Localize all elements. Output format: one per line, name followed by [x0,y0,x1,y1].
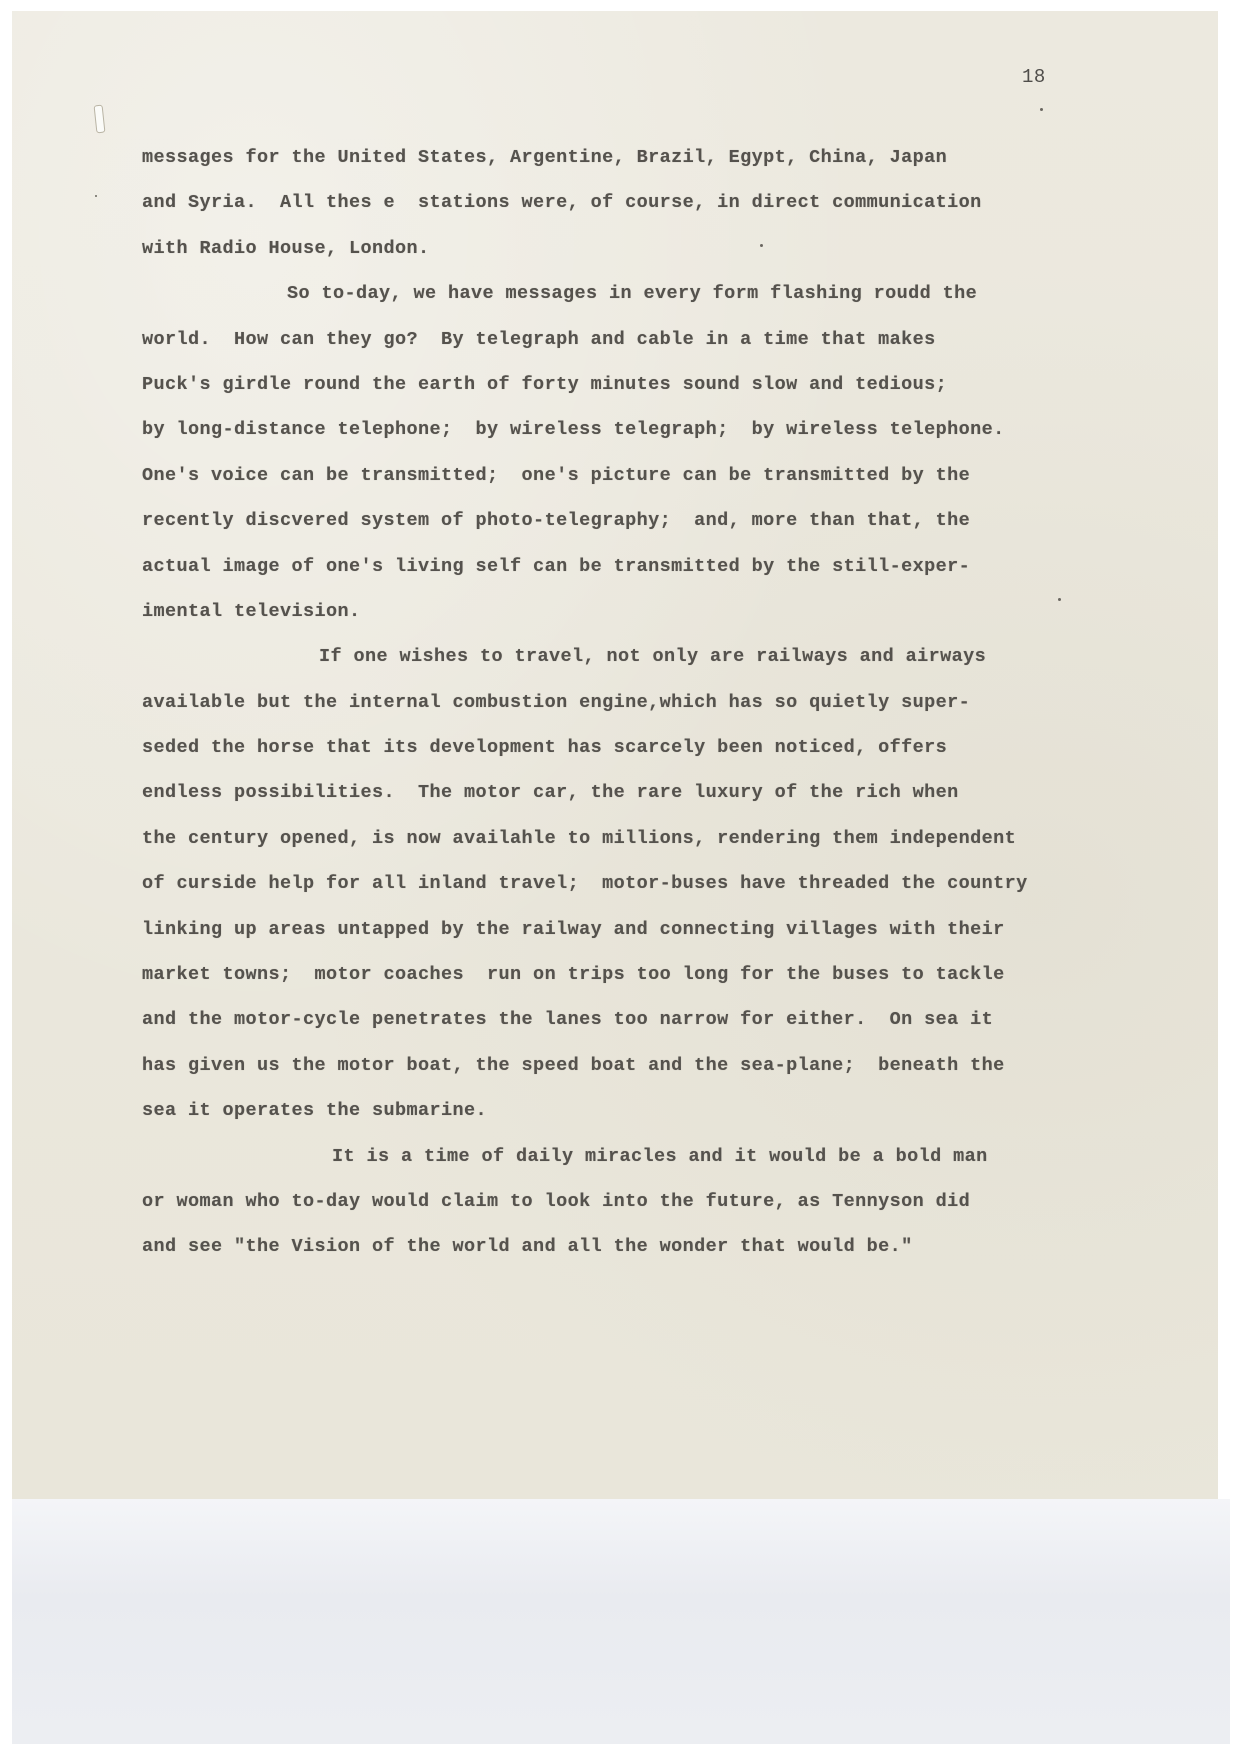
ink-speck [1040,108,1043,111]
text-line: and Syria. All thes e stations were, of … [142,180,1222,225]
text-line: has given us the motor boat, the speed b… [142,1043,1222,1088]
text-line: One's voice can be transmitted; one's pi… [142,453,1222,498]
document-body: messages for the United States, Argentin… [142,135,1222,1270]
text-line: world. How can they go? By telegraph and… [142,317,1222,362]
scanner-background [12,1499,1230,1744]
paragraph-4: It is a time of daily miracles and it wo… [142,1134,1222,1270]
text-line: market towns; motor coaches run on trips… [142,952,1222,997]
paragraph-3: If one wishes to travel, not only are ra… [142,634,1222,1133]
text-line: So to-day, we have messages in every for… [142,271,1222,316]
text-line: If one wishes to travel, not only are ra… [142,634,1222,679]
text-line: sea it operates the submarine. [142,1088,1222,1133]
text-line: available but the internal combustion en… [142,680,1222,725]
paragraph-2: So to-day, we have messages in every for… [142,271,1222,634]
text-line: linking up areas untapped by the railway… [142,907,1222,952]
ink-speck [95,195,97,197]
text-line: Puck's girdle round the earth of forty m… [142,362,1222,407]
text-line: with Radio House, London. [142,226,1222,271]
page-number: 18 [1022,66,1046,88]
paragraph-1: messages for the United States, Argentin… [142,135,1222,271]
text-line: the century opened, is now availahle to … [142,816,1222,861]
text-line: and the motor-cycle penetrates the lanes… [142,997,1222,1042]
text-line: seded the horse that its development has… [142,725,1222,770]
text-line: imental television. [142,589,1222,634]
text-line: of curside help for all inland travel; m… [142,861,1222,906]
text-line: and see "the Vision of the world and all… [142,1224,1222,1269]
ink-speck [1058,598,1061,601]
text-line: actual image of one's living self can be… [142,544,1222,589]
ink-speck [760,244,763,247]
text-line: or woman who to-day would claim to look … [142,1179,1222,1224]
text-line: It is a time of daily miracles and it wo… [142,1134,1222,1179]
text-line: recently discvered system of photo-teleg… [142,498,1222,543]
text-line: messages for the United States, Argentin… [142,135,1222,180]
staple-hole-mark [94,105,106,134]
text-line: endless possibilities. The motor car, th… [142,770,1222,815]
text-line: by long-distance telephone; by wireless … [142,407,1222,452]
